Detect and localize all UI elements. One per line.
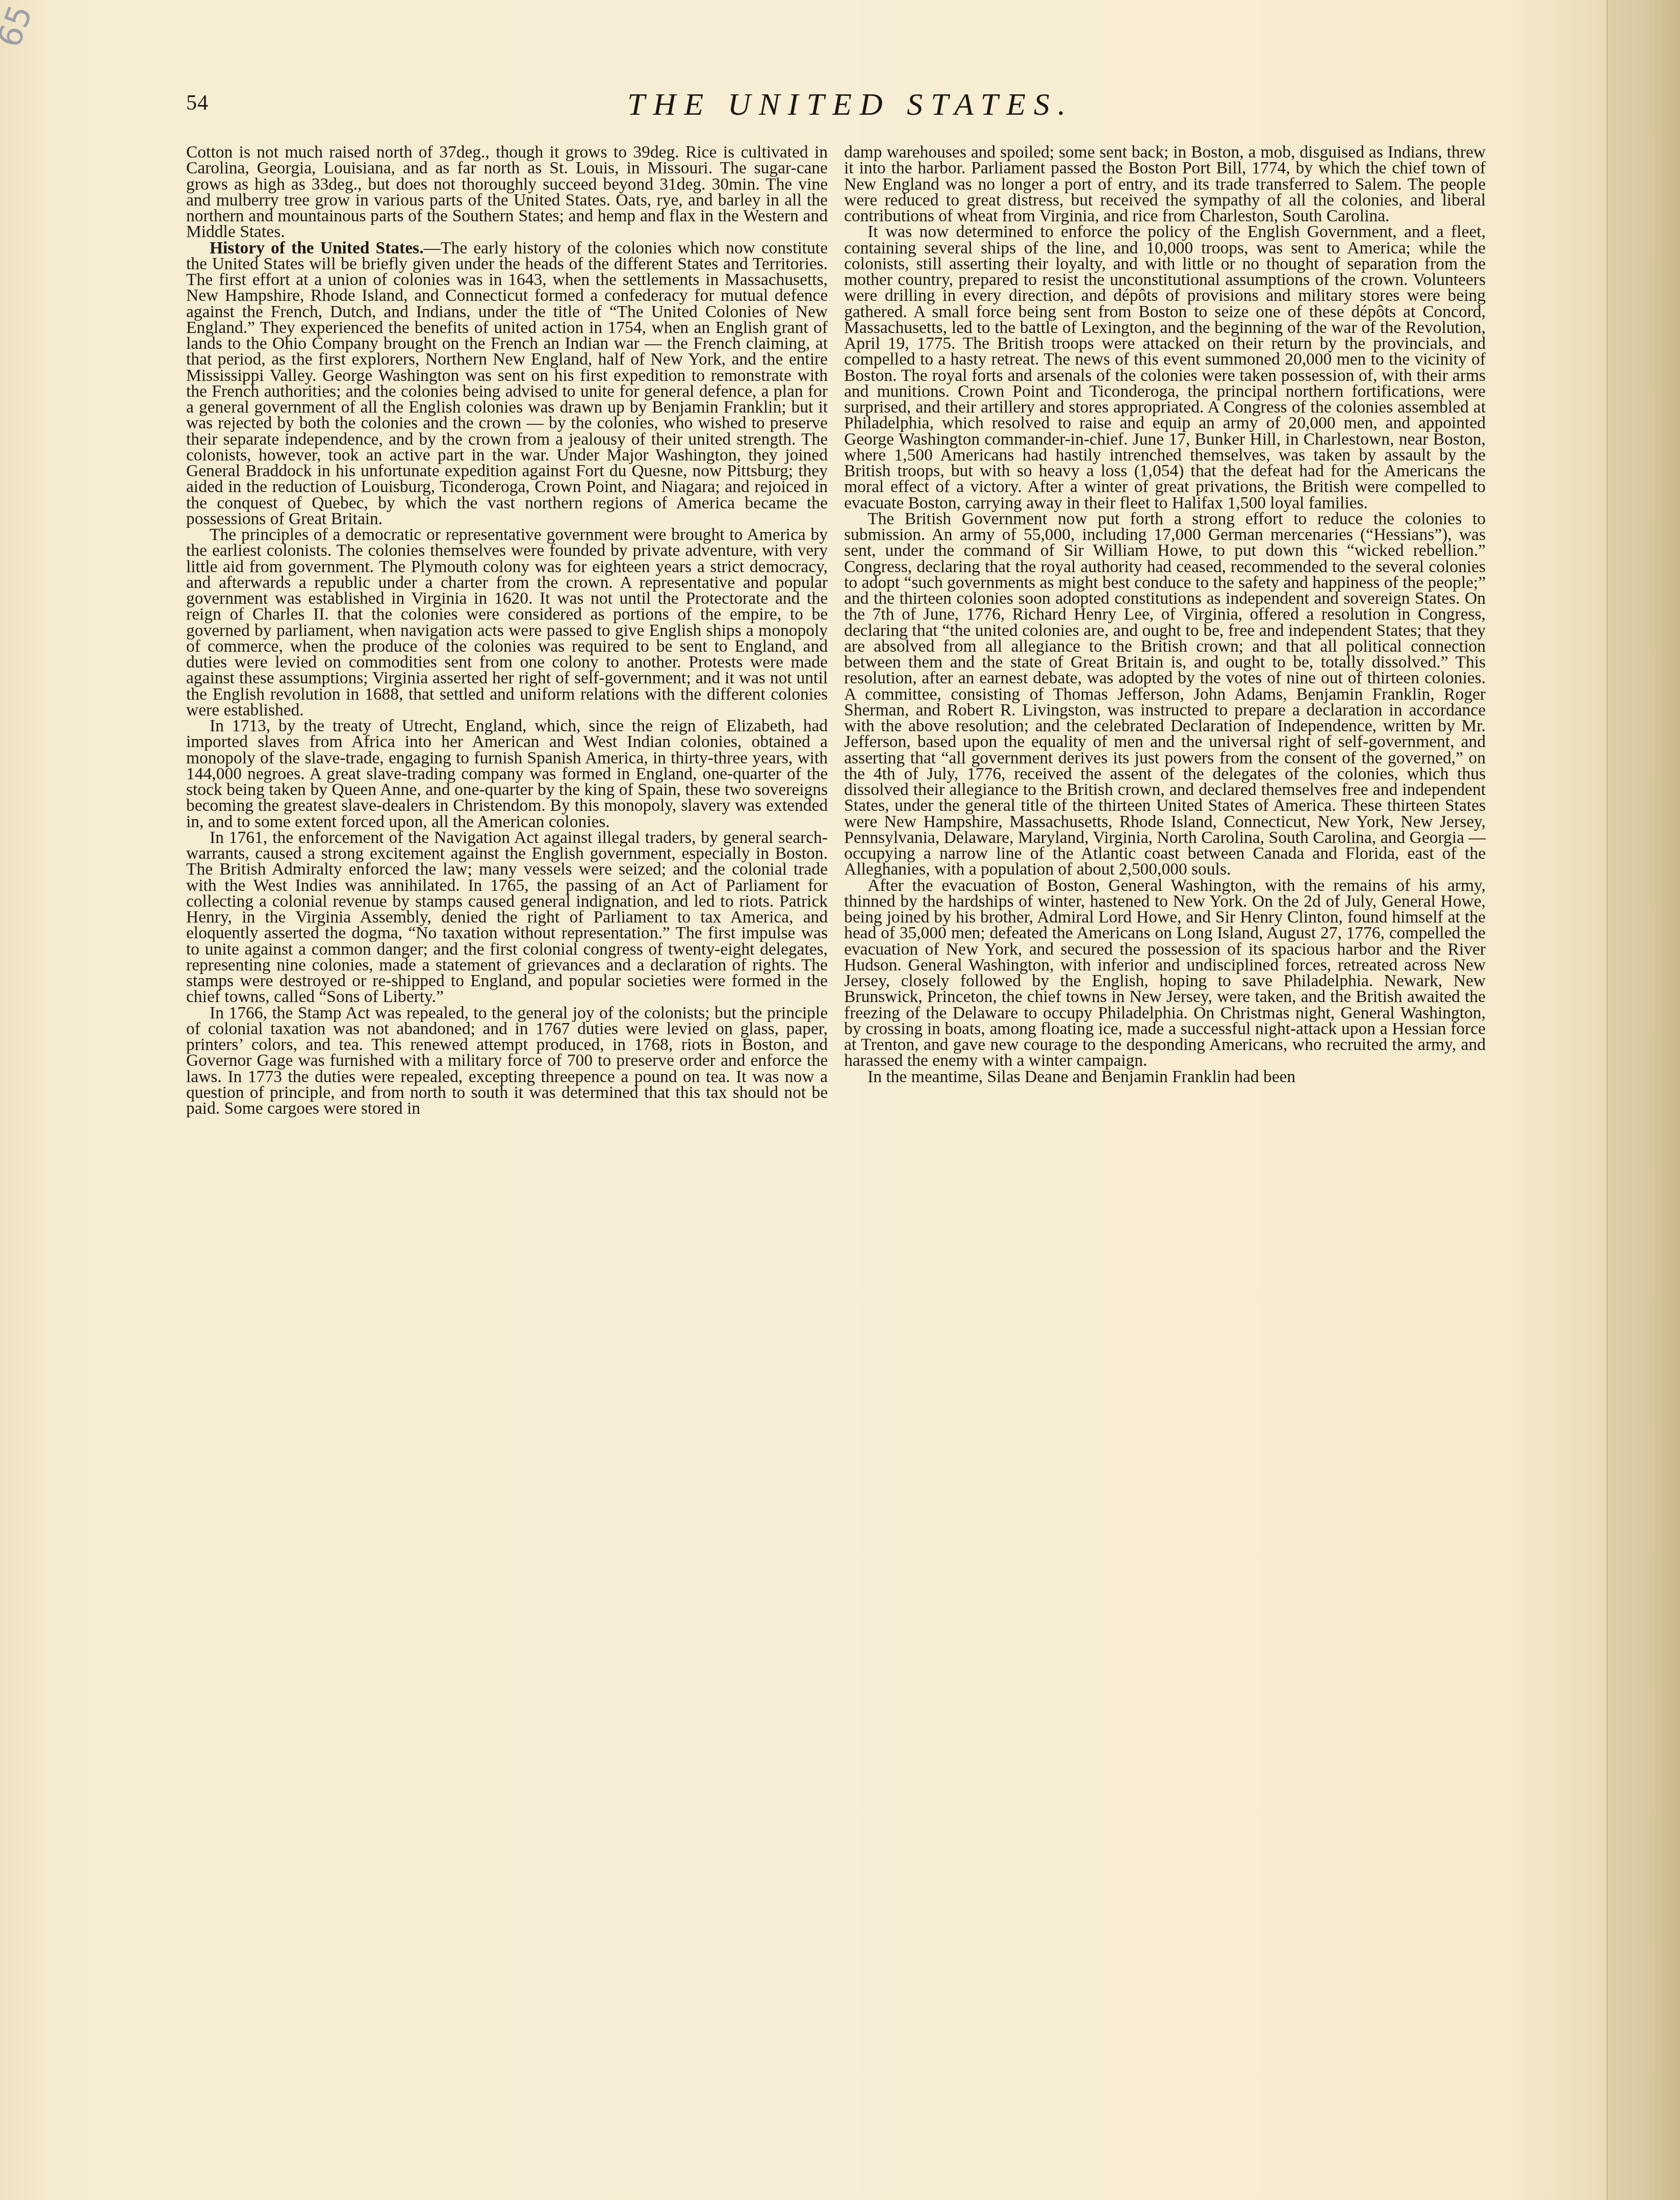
paragraph-text: —The early history of the colonies which… <box>186 239 828 528</box>
paragraph-evacuation: After the evacuation of Boston, General … <box>844 878 1486 1069</box>
paragraph-meantime: In the meantime, Silas Deane and Benjami… <box>844 1069 1486 1085</box>
paragraph-text: The principles of a democratic or repres… <box>186 525 828 720</box>
paragraph-1713: In 1713, by the treaty of Utrecht, Engla… <box>186 718 828 830</box>
paragraph-text: damp warehouses and spoiled; some sent b… <box>844 143 1486 225</box>
paragraph-1766: In 1766, the Stamp Act was repealed, to … <box>186 1005 828 1117</box>
left-column: Cotton is not much raised north of 37deg… <box>186 144 828 1116</box>
paragraph-text: It was now determined to enforce the pol… <box>844 222 1486 512</box>
paragraph-text: In the meantime, Silas Deane and Benjami… <box>868 1067 1295 1086</box>
paragraph-1761: In 1761, the enforcement of the Navigati… <box>186 830 828 1005</box>
paragraph-text: After the evacuation of Boston, General … <box>844 876 1486 1070</box>
paragraph-text: The British Government now put forth a s… <box>844 509 1486 879</box>
running-head: THE UNITED STATES. <box>627 87 1074 123</box>
paragraph-cotton: Cotton is not much raised north of 37deg… <box>186 144 828 240</box>
paragraph-text: Cotton is not much raised north of 37deg… <box>186 143 828 241</box>
paragraph-text: In 1713, by the treaty of Utrecht, Engla… <box>186 717 828 831</box>
right-column: damp warehouses and spoiled; some sent b… <box>844 144 1486 1085</box>
paragraph-warehouses: damp warehouses and spoiled; some sent b… <box>844 144 1486 224</box>
paragraph-text: In 1761, the enforcement of the Navigati… <box>186 828 828 1007</box>
paragraph-policy: It was now determined to enforce the pol… <box>844 224 1486 511</box>
page-number: 54 <box>186 91 209 115</box>
paragraph-text: In 1766, the Stamp Act was repealed, to … <box>186 1004 828 1118</box>
paragraph-principles: The principles of a democratic or repres… <box>186 527 828 718</box>
paragraph-history: History of the United States.—The early … <box>186 240 828 527</box>
scan-edge <box>1650 0 1680 2200</box>
paragraph-british-government: The British Government now put forth a s… <box>844 511 1486 878</box>
